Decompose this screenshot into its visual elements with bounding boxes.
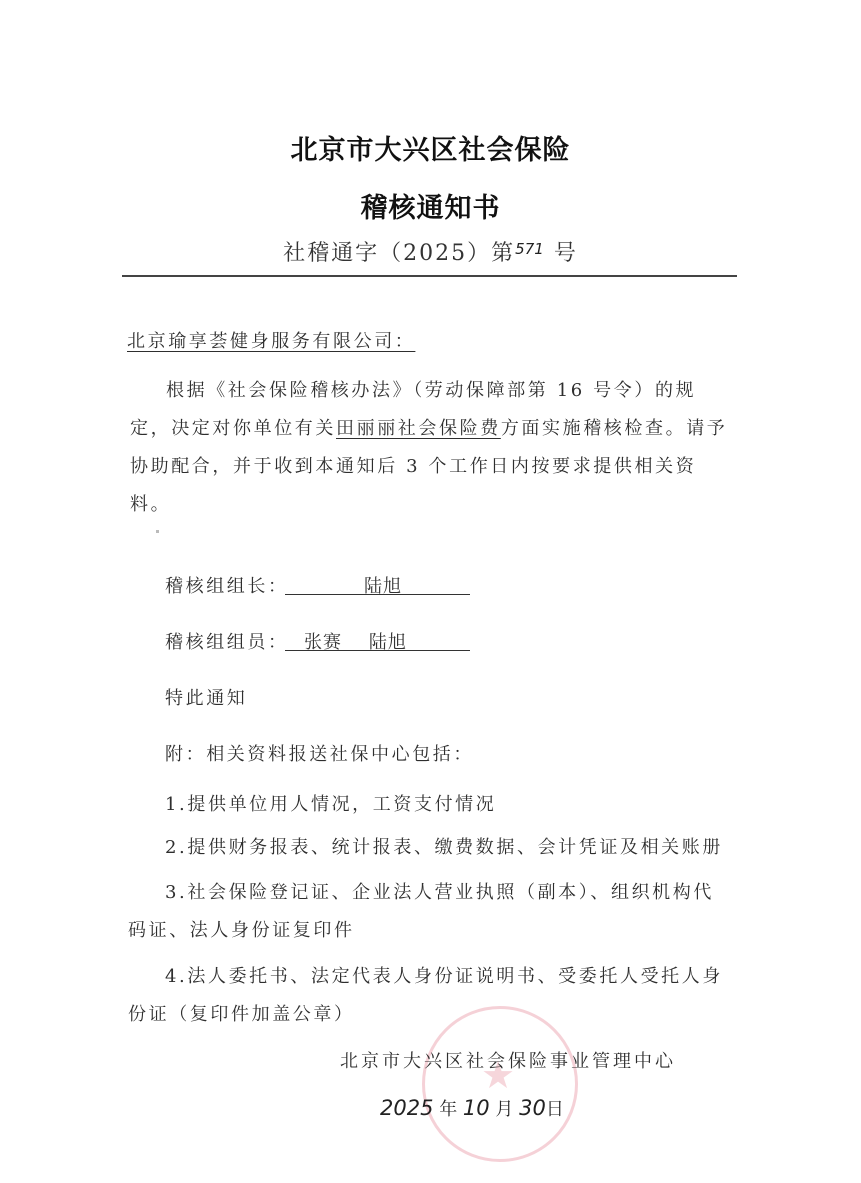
attachment-item-1: 1.提供单位用人情况，工资支付情况: [165, 790, 496, 816]
attachment-item-3: 3.社会保险登记证、企业法人营业执照（副本）、组织机构代码证、法人身份证复印件: [128, 874, 728, 950]
body-paragraph: 根据《社会保险稽核办法》（劳动保障部第 16 号令）的规定，决定对你单位有关田丽…: [130, 372, 730, 524]
scan-speck: [156, 530, 159, 533]
date-day: 30: [519, 1096, 546, 1120]
issue-date: 2025 年 10 月 30日: [380, 1095, 564, 1121]
attachment-heading: 附：相关资料报送社保中心包括：: [165, 740, 474, 766]
closing-text: 特此通知: [165, 684, 247, 710]
date-month: 10: [463, 1096, 490, 1120]
notice-document: 北京市大兴区社会保险 稽核通知书 社稽通字（2025）第571号 北京瑜享荟健身…: [0, 0, 861, 1183]
leader-value: 陆旭: [364, 572, 402, 598]
addressee: 北京瑜享荟健身服务有限公司：: [127, 327, 415, 353]
document-title-line1: 北京市大兴区社会保险: [0, 128, 861, 167]
attachment-item-2: 2.提供财务报表、统计报表、缴费数据、会计凭证及相关账册: [165, 833, 723, 859]
date-month-label: 月: [495, 1099, 513, 1120]
attachment-item-4: 4.法人委托书、法定代表人身份证说明书、受委托人受托人身份证（复印件加盖公章）: [128, 958, 728, 1034]
doc-number-handwritten: 571: [515, 240, 544, 258]
date-year: 2025: [380, 1096, 433, 1120]
para-underlined-subject: 田丽丽社会保险费: [336, 418, 501, 439]
document-number: 社稽通字（2025）第571号: [0, 236, 861, 267]
issuing-organization: 北京市大兴区社会保险事业管理中心: [340, 1047, 676, 1073]
members-label: 稽核组组员：: [165, 628, 289, 654]
doc-number-suffix: 号: [554, 241, 578, 266]
header-divider: [122, 275, 737, 277]
date-year-label: 年: [439, 1099, 457, 1120]
document-title-line2: 稽核通知书: [0, 186, 861, 225]
leader-label: 稽核组组长：: [165, 572, 289, 598]
date-day-label: 日: [546, 1099, 564, 1120]
members-value: 张赛 陆旭: [304, 628, 407, 654]
doc-number-prefix: 社稽通字（2025）第: [283, 241, 515, 266]
